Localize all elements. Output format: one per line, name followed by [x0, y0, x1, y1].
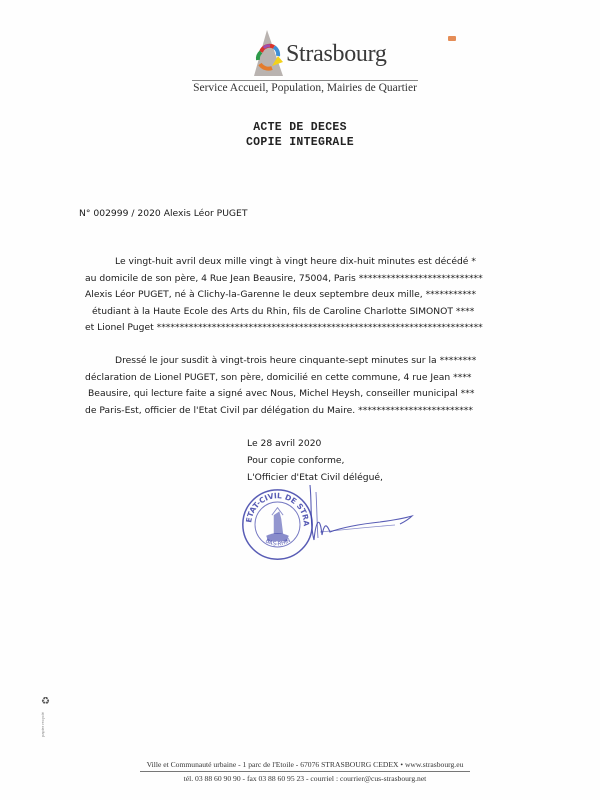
footer-address: Ville et Communauté urbaine - 1 parc de …: [140, 760, 470, 769]
footer-divider: [140, 771, 470, 772]
footer-contact: tél. 03 88 60 90 90 - fax 03 88 60 95 23…: [140, 774, 470, 783]
logo-text: Strasbourg: [286, 41, 387, 68]
orange-mark: [448, 36, 456, 41]
paragraph-line: au domicile de son père, 4 Rue Jean Beau…: [85, 271, 457, 288]
death-declaration-paragraph: Le vingt-huit avril deux mille vingt à v…: [85, 254, 457, 337]
issue-date: Le 28 avril 2020: [247, 435, 383, 452]
strasbourg-logo-icon: [248, 28, 286, 78]
strasbourg-logo: Strasbourg: [248, 28, 368, 78]
act-reference: N° 002999 / 2020 Alexis Léor PUGET: [79, 208, 247, 219]
document-page: Strasbourg Service Accueil, Population, …: [0, 0, 600, 800]
closing-block: Le 28 avril 2020 Pour copie conforme, L'…: [247, 435, 383, 486]
paragraph-line: Alexis Léor PUGET, né à Clichy-la-Garenn…: [85, 287, 457, 304]
paragraph-line: étudiant à la Haute Ecole des Arts du Rh…: [85, 304, 457, 321]
document-title: ACTE DE DECES: [200, 121, 400, 134]
paragraph-line: de Paris-Est, officier de l'Etat Civil p…: [85, 403, 457, 420]
registration-paragraph: Dressé le jour susdit à vingt-trois heur…: [85, 353, 457, 419]
paragraph-line: et Lionel Puget ************************…: [85, 320, 457, 337]
recycle-icon: ♻: [41, 696, 50, 707]
paragraph-line: Beausire, qui lecture faite a signé avec…: [85, 386, 457, 403]
paragraph-line: Dressé le jour susdit à vingt-trois heur…: [85, 353, 457, 370]
service-name: Service Accueil, Population, Mairies de …: [192, 82, 418, 94]
header-divider: [192, 80, 418, 81]
recycled-paper-text: papier recyclé: [40, 712, 45, 737]
signature-icon: [300, 480, 430, 550]
paragraph-line: déclaration de Lionel PUGET, son père, d…: [85, 370, 457, 387]
paragraph-line: Le vingt-huit avril deux mille vingt à v…: [85, 254, 457, 271]
recycled-paper-note: ♻ papier recyclé: [38, 696, 58, 771]
certified-copy-text: Pour copie conforme,: [247, 452, 383, 469]
document-subtitle: COPIE INTEGRALE: [200, 136, 400, 149]
